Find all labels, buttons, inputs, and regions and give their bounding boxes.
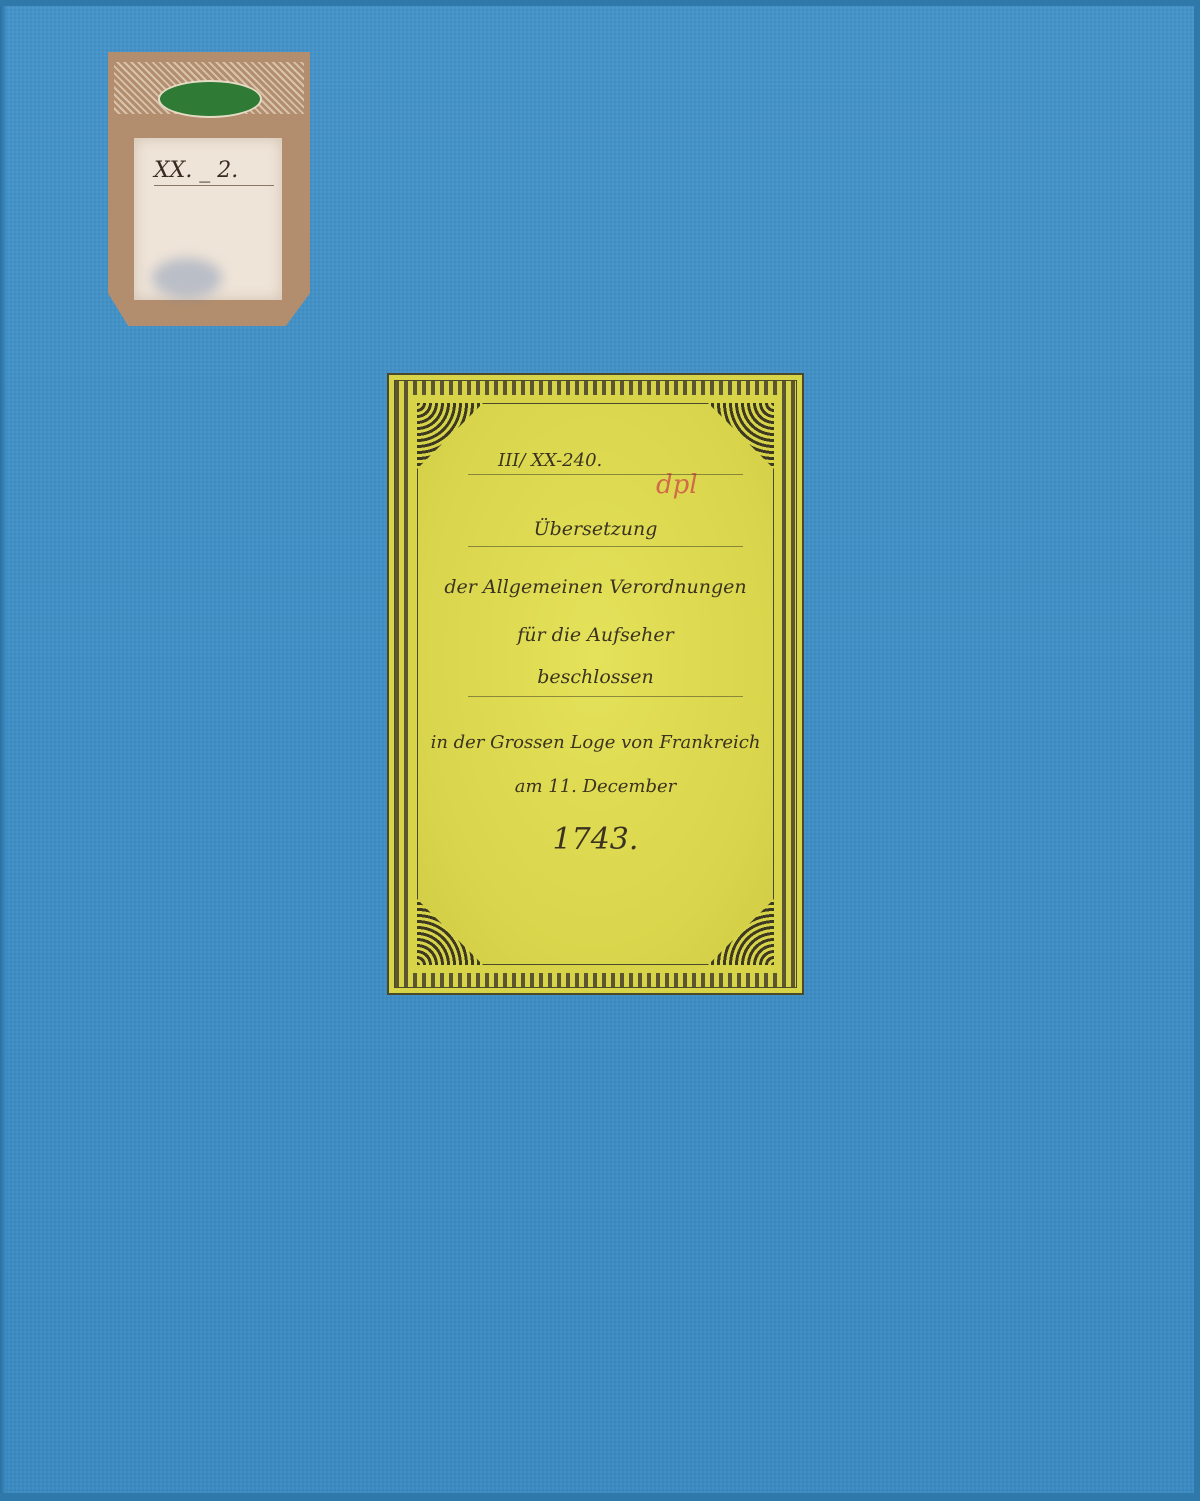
cover-left-edge (0, 0, 6, 1501)
cover-right-edge (1194, 0, 1200, 1501)
label-field: III/ XX-240. dpl Übersetzung der Allgeme… (417, 403, 774, 965)
date-line: am 11. December (418, 776, 773, 797)
ruled-line (468, 546, 743, 547)
title-line-3: für die Aufseher (418, 624, 773, 646)
ruled-line (468, 474, 743, 475)
ruled-line (468, 696, 743, 697)
shelf-code: XX. _ 2. (154, 158, 274, 186)
shelf-label-field: XX. _ 2. (134, 138, 282, 300)
shelf-label: XX. _ 2. (108, 52, 310, 326)
title-line-4: beschlossen (418, 666, 773, 688)
archive-reference: III/ XX-240. (498, 450, 602, 471)
green-oval-cartouche (158, 80, 262, 118)
cover-top-edge (0, 0, 1200, 6)
cover-bottom-edge (0, 1493, 1200, 1501)
year-line: 1743. (418, 822, 773, 857)
title-line-5: in der Grossen Loge von Frankreich (418, 732, 773, 753)
ink-stain (152, 258, 222, 298)
title-line-2: der Allgemeinen Verordnungen (418, 576, 773, 598)
title-line-1: Übersetzung (418, 518, 773, 540)
title-label: III/ XX-240. dpl Übersetzung der Allgeme… (387, 373, 804, 995)
